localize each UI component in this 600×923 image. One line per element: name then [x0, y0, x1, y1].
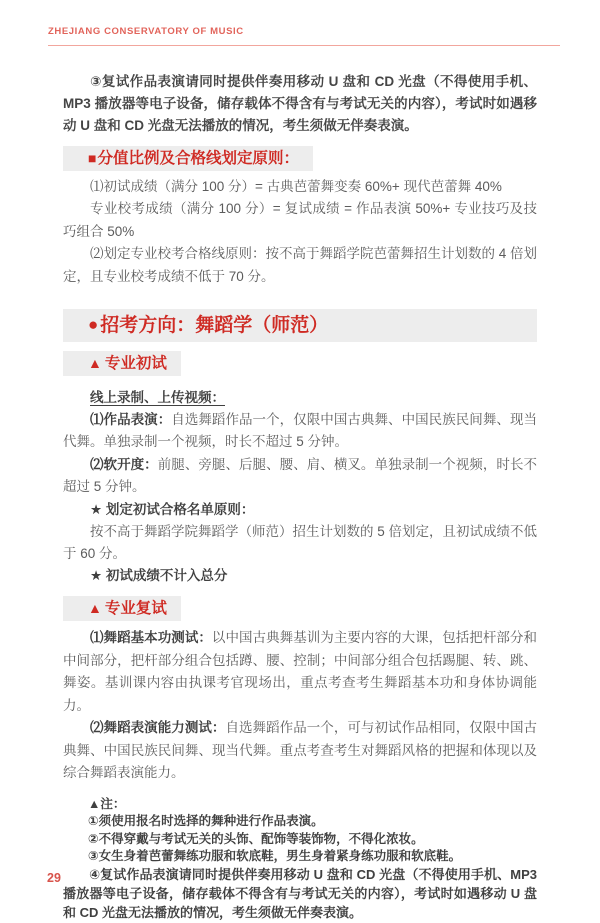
carryover-note-paragraph: ③复试作品表演请同时提供伴奏用移动 U 盘和 CD 光盘（不得使用手机、MP3 … [63, 71, 537, 137]
note-item-3: ③女生身着芭蕾舞练功服和软底鞋，男生身着紧身练功服和软底鞋。 [63, 848, 537, 865]
first-round-item2-lead: ⑵软开度： [90, 457, 158, 472]
second-round-item1-lead: ⑴舞蹈基本功测试： [90, 630, 212, 645]
online-recording-subtitle-text: 线上录制、上传视频： [90, 390, 225, 405]
online-recording-subtitle: 线上录制、上传视频： [63, 387, 537, 409]
star-rule-text: 按不高于舞蹈学院舞蹈学（师范）招生计划数的 5 倍划定，且初试成绩不低于 60 … [63, 521, 537, 566]
major-section-title: 招考方向：舞蹈学（师范） [100, 315, 328, 336]
document-page: ZHEJIANG CONSERVATORY OF MUSIC ③复试作品表演请同… [0, 0, 600, 923]
major-section-heading: ●招考方向：舞蹈学（师范） [63, 309, 537, 342]
second-round-item2: ⑵舞蹈表演能力测试：自选舞蹈作品一个，可与初试作品相同，仅限中国古典舞、中国民族… [63, 717, 537, 784]
note-item-4: ④复试作品表演请同时提供伴奏用移动 U 盘和 CD 光盘（不得使用手机、MP3 … [63, 865, 537, 922]
score-section-title: 分值比例及合格线划定原则： [97, 150, 299, 167]
circle-bullet-icon: ● [88, 315, 98, 334]
note-item-2: ②不得穿戴与考试无关的头饰、配饰等装饰物，不得化浓妆。 [63, 831, 537, 848]
notes-title: ▲注： [63, 795, 537, 813]
score-rules-block: ⑴初试成绩（满分 100 分）= 古典芭蕾舞变奏 60%+ 现代芭蕾舞 40% … [63, 176, 537, 288]
first-round-item1-lead: ⑴作品表演： [90, 412, 171, 427]
second-round-item1: ⑴舞蹈基本功测试：以中国古典舞基训为主要内容的大课，包括把杆部分和中间部分，把杆… [63, 627, 537, 717]
page-number: 29 [47, 871, 61, 885]
note-item-1: ①须使用报名时选择的舞种进行作品表演。 [63, 813, 537, 830]
first-round-heading: ▲专业初试 [63, 351, 181, 376]
first-round-item2: ⑵软开度：前腿、旁腿、后腿、腰、肩、横叉。单独录制一个视频，时长不超过 5 分钟… [63, 454, 537, 499]
score-rule-line1: ⑴初试成绩（满分 100 分）= 古典芭蕾舞变奏 60%+ 现代芭蕾舞 40% [63, 176, 537, 198]
score-rule-line3: ⑵划定专业校考合格线原则：按不高于舞蹈学院芭蕾舞招生计划数的 4 倍划定，且专业… [63, 243, 537, 288]
masthead: ZHEJIANG CONSERVATORY OF MUSIC [0, 0, 600, 37]
star-note: ★ 初试成绩不计入总分 [63, 565, 537, 587]
first-round-title: 专业初试 [105, 355, 167, 372]
masthead-title: ZHEJIANG CONSERVATORY OF MUSIC [48, 26, 552, 37]
second-round-item2-lead: ⑵舞蹈表演能力测试： [90, 720, 225, 735]
notes-block: ▲注： ①须使用报名时选择的舞种进行作品表演。 ②不得穿戴与考试无关的头饰、配饰… [63, 795, 537, 922]
square-bullet-icon: ■ [88, 150, 96, 166]
first-round-item1: ⑴作品表演：自选舞蹈作品一个，仅限中国古典舞、中国民族民间舞、现当代舞。单独录制… [63, 409, 537, 454]
score-section-heading: ■分值比例及合格线划定原则： [63, 146, 313, 171]
second-round-heading: ▲专业复试 [63, 596, 181, 621]
score-rule-line2: 专业校考成绩（满分 100 分）= 复试成绩 = 作品表演 50%+ 专业技巧及… [63, 198, 537, 243]
triangle-bullet-icon: ▲ [88, 355, 102, 371]
triangle-bullet-icon: ▲ [88, 600, 102, 616]
content-column: ③复试作品表演请同时提供伴奏用移动 U 盘和 CD 光盘（不得使用手机、MP3 … [63, 71, 537, 922]
masthead-rule [48, 45, 560, 46]
star-rule-title: ★ 划定初试合格名单原则： [63, 499, 537, 521]
second-round-title: 专业复试 [105, 600, 167, 617]
